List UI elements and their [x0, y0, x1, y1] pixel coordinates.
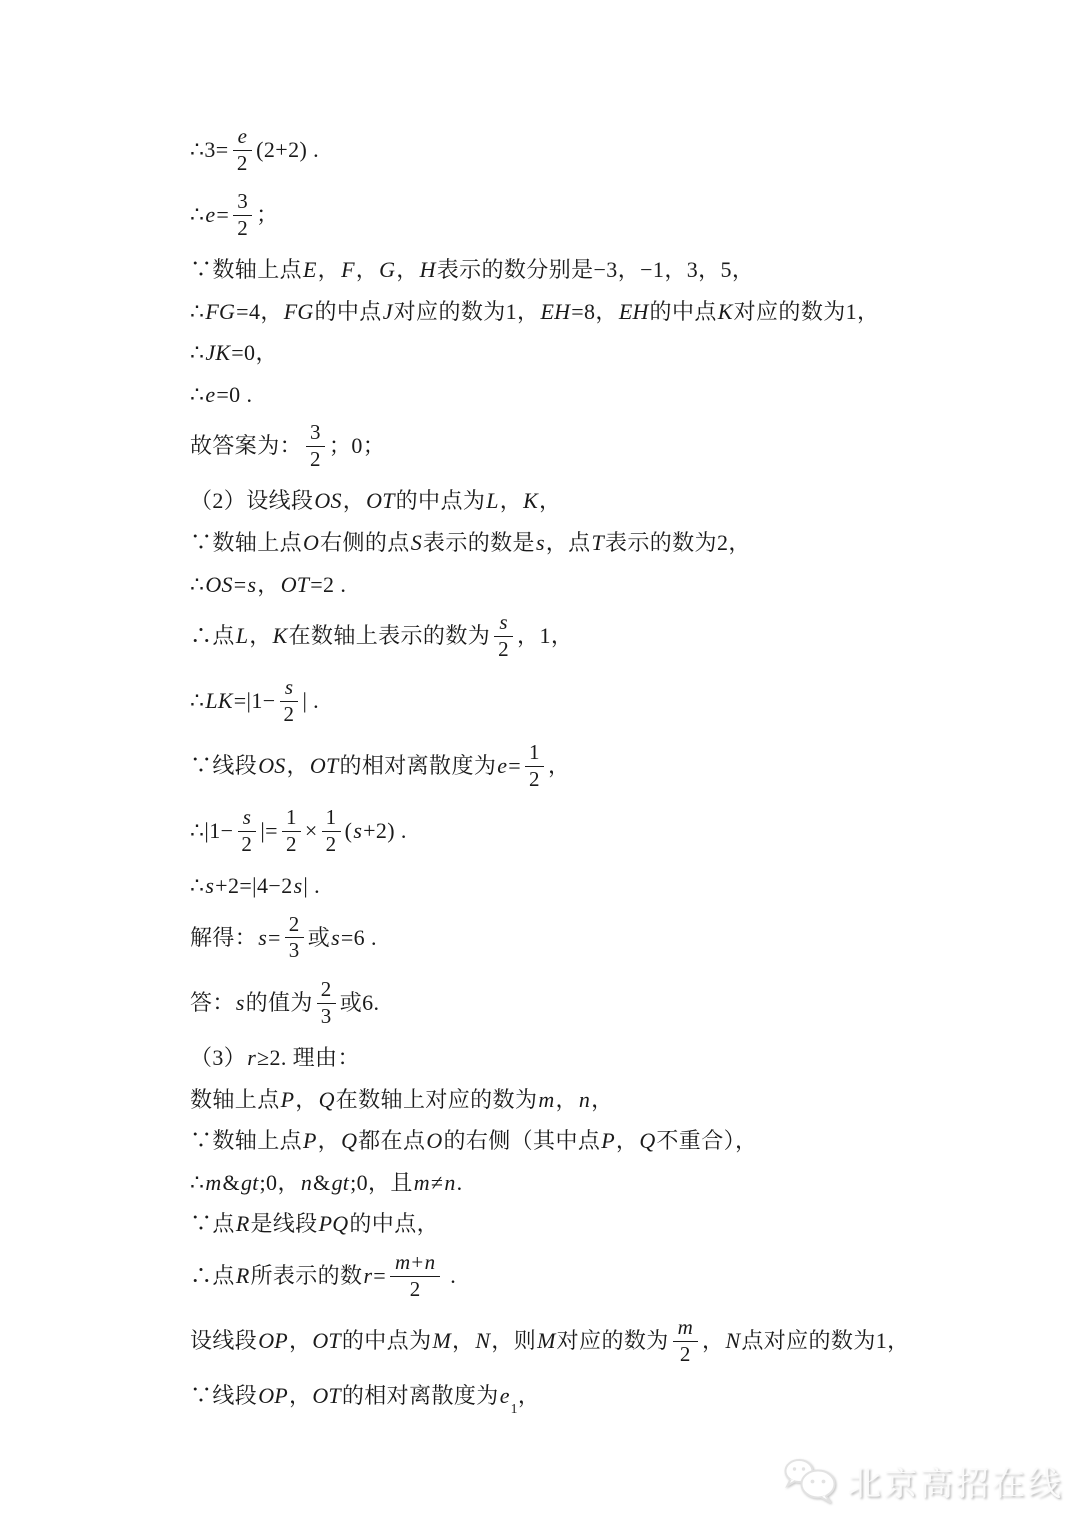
math-line: ∵线段OS，OT的相对离散度为e=12， [190, 742, 980, 794]
math-line: ∴e=0 . [190, 381, 980, 410]
math-text: |= [260, 818, 278, 843]
fraction: 23 [317, 978, 336, 1028]
math-text: 或6. [340, 990, 380, 1015]
math-text: × [305, 818, 318, 843]
math-text: 数轴上点P，Q在数轴上对应的数为m，n， [190, 1087, 613, 1112]
math-line: ∴FG=4，FG的中点J对应的数为1，EH=8，EH的中点K对应的数为1， [190, 298, 980, 327]
math-line: ∴s+2=|4−2s| . [190, 872, 980, 901]
math-line: 数轴上点P，Q在数轴上对应的数为m，n， [190, 1086, 980, 1115]
math-text: ∵数轴上点E，F，G，H表示的数分别是−3，−1，3，5， [190, 257, 754, 282]
math-text: 或s=6 . [308, 925, 377, 950]
math-line: ∵线段OP，OT的相对离散度为e1， [190, 1382, 980, 1411]
math-text: | . [302, 688, 319, 713]
math-text: ∴LK=|1− [190, 688, 276, 713]
document-lines: ∴3=e2(2+2) .∴e=32；∵数轴上点E，F，G，H表示的数分别是−3，… [190, 126, 980, 1424]
fraction: m+n2 [390, 1251, 440, 1301]
math-line: 答：s的值为23或6. [190, 979, 980, 1031]
math-line: 设线段OP，OT的中点为M，N，则M对应的数为m2，N点对应的数为1， [190, 1317, 980, 1369]
math-line: ∵数轴上点E，F，G，H表示的数分别是−3，−1，3，5， [190, 256, 980, 285]
math-line: ∵数轴上点O右侧的点S表示的数是s，点T表示的数为2， [190, 529, 980, 558]
math-text: ； [256, 202, 278, 227]
document-page: ∴3=e2(2+2) .∴e=32；∵数轴上点E，F，G，H表示的数分别是−3，… [0, 0, 1080, 1528]
math-text: ∴m&gt;0，n&gt;0，且m≠n. [190, 1170, 462, 1195]
math-text: 答：s的值为 [190, 990, 313, 1015]
math-text: ∴3= [190, 137, 229, 162]
wechat-icon [782, 1456, 840, 1506]
math-line: ∴m&gt;0，n&gt;0，且m≠n. [190, 1169, 980, 1198]
math-line: ∴点R所表示的数r=m+n2 . [190, 1252, 980, 1304]
math-line: ∴|1−s2|=12×12(s+2) . [190, 807, 980, 859]
math-line: ∴e=32； [190, 191, 980, 243]
math-line: ∴LK=|1−s2| . [190, 677, 980, 729]
math-line: ∵点R是线段PQ的中点， [190, 1210, 980, 1239]
math-text: ∴点L，K在数轴上表示的数为 [190, 623, 490, 648]
math-text: ，N点对应的数为1， [702, 1328, 909, 1353]
math-line: ∴点L，K在数轴上表示的数为s2，1， [190, 612, 980, 664]
math-line: ∴OS=s，OT=2 . [190, 571, 980, 600]
watermark: 北京高招在线 [782, 1456, 1064, 1506]
math-text: ， [548, 753, 570, 778]
math-line: （2）设线段OS，OT的中点为L，K， [190, 487, 980, 516]
fraction: m2 [673, 1316, 698, 1366]
math-text: ∵数轴上点P，Q都在点O的右侧（其中点P，Q不重合）， [190, 1128, 757, 1153]
math-line: ∵数轴上点P，Q都在点O的右侧（其中点P，Q不重合）， [190, 1127, 980, 1156]
math-line: 故答案为：32；0； [190, 422, 980, 474]
fraction: s2 [237, 806, 256, 856]
fraction: e2 [233, 125, 253, 175]
fraction: 23 [285, 913, 304, 963]
math-text: ，1， [517, 623, 573, 648]
fraction: 12 [525, 741, 544, 791]
math-text: ∴e=0 . [190, 382, 252, 407]
watermark-text: 北京高招在线 [848, 1458, 1064, 1505]
math-text: (s+2) . [345, 818, 407, 843]
math-text: ∴OS=s，OT=2 . [190, 572, 346, 597]
math-text: ∴FG=4，FG的中点J对应的数为1，EH=8，EH的中点K对应的数为1， [190, 299, 879, 324]
math-text: ∴s+2=|4−2s| . [190, 873, 320, 898]
math-text: ∴点R所表示的数r= [190, 1263, 386, 1288]
math-text: ∴|1− [190, 818, 233, 843]
math-line: （3）r≥2. 理由： [190, 1044, 980, 1073]
math-line: ∴JK=0， [190, 339, 980, 368]
math-text: ∴e= [190, 202, 229, 227]
math-text: ∵线段OS，OT的相对离散度为e= [190, 753, 521, 778]
math-text: ∴JK=0， [190, 340, 278, 365]
math-text: 解得：s= [190, 925, 281, 950]
fraction: s2 [280, 676, 299, 726]
math-line: 解得：s=23或s=6 . [190, 914, 980, 966]
fraction: 32 [306, 421, 325, 471]
math-text: ， [518, 1383, 540, 1408]
fraction: 12 [282, 806, 301, 856]
math-line: ∴3=e2(2+2) . [190, 126, 980, 178]
fraction: s2 [494, 611, 513, 661]
math-text: 设线段OP，OT的中点为M，N，则M对应的数为 [190, 1328, 669, 1353]
math-text: （3）r≥2. 理由： [190, 1045, 360, 1070]
math-text: ∵线段OP，OT的相对离散度为 [190, 1383, 499, 1408]
math-text: （2）设线段OS，OT的中点为L，K， [190, 488, 561, 513]
math-text: ∵点R是线段PQ的中点， [190, 1211, 439, 1236]
subscripted-variable: e1 [499, 1383, 518, 1408]
math-text: . [444, 1263, 456, 1288]
fraction: 32 [233, 190, 252, 240]
fraction: 12 [322, 806, 341, 856]
math-text: 故答案为： [190, 434, 302, 459]
math-text: (2+2) . [256, 137, 319, 162]
math-text: ；0； [329, 434, 385, 459]
math-text: ∵数轴上点O右侧的点S表示的数是s，点T表示的数为2， [190, 530, 751, 555]
